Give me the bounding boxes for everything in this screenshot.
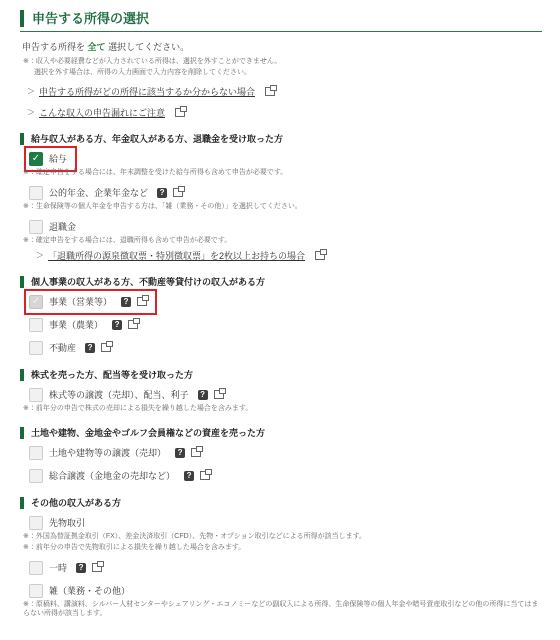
checkbox-row-fudosan: 不動産 ? [29,340,542,355]
intro-note-1: ※：収入や必要経費などが入力されている所得は、選択を外すことができません。 [23,57,542,66]
external-link-icon[interactable] [173,188,183,197]
link-row-which-income: ＞ 申告する所得がどの所得に該当するか分からない場合 [27,85,542,98]
checkbox-label: 給与 [49,152,67,165]
chevron-right-icon: ＞ [36,250,44,261]
section-heading-other: その他の収入がある方 [20,497,542,509]
external-link-icon[interactable] [137,297,147,306]
checkbox-row-tochi-tatemono: 土地や建物等の譲渡（売却） ? [29,445,542,460]
note-sakimono-2: ※：前年分の申告で先物取引による損失を繰り越した場合を含みます。 [23,543,542,552]
checkbox-label: 不動産 [49,341,76,354]
checkbox-label: 土地や建物等の譲渡（売却） [49,446,166,459]
checkbox-taishokukin[interactable] [29,220,43,234]
external-link-icon [315,251,325,260]
checkbox-nenkin[interactable] [29,186,43,200]
checkbox-jigyo-eigyo[interactable] [29,295,43,309]
checkbox-label: 先物取引 [49,516,85,529]
external-link-icon[interactable] [191,448,201,457]
checkbox-row-kyuyo: 給与 [29,151,542,166]
checkbox-row-sogo-joto: 総合譲渡（金地金の売却など） ? [29,468,542,483]
checkbox-label: 雑（業務・その他） [49,584,130,597]
checkbox-row-sakimono: 先物取引 [29,515,542,530]
section-heading-stock: 株式を売った方、配当等を受け取った方 [20,369,542,381]
external-link-icon[interactable] [214,390,224,399]
checkbox-sogo-joto[interactable] [29,469,43,483]
external-link-icon[interactable] [128,320,138,329]
checkbox-label: 退職金 [49,220,76,233]
section-heading-land: 土地や建物、金地金やゴルフ会員権などの資産を売った方 [20,427,542,439]
help-icon[interactable]: ? [76,563,86,573]
checkbox-tochi-tatemono[interactable] [29,446,43,460]
help-icon[interactable]: ? [198,390,208,400]
intro-emphasis: 全て [88,42,106,52]
checkbox-ichiji[interactable] [29,561,43,575]
page-title: 申告する所得の選択 [20,10,542,27]
checkbox-row-nenkin: 公的年金、企業年金など ? [29,185,542,200]
intro-note-2: 選択を外す場合は、所得の入力画面で入力内容を削除してください。 [34,68,542,77]
note-taishokukin: ※：確定申告をする場合には、退職所得も含めて申告が必要です。 [23,236,542,245]
external-link-icon[interactable] [200,471,210,480]
checkbox-label: 事業（営業等） [49,295,112,308]
highlight-box: 事業（営業等） ? [24,289,157,315]
checkbox-label: 公的年金、企業年金など [49,186,148,199]
note-zatsu: ※：原稿料、講演料、シルバー人材センターやシェアリング・エコノミーなどの副収入に… [23,600,542,618]
external-link-icon[interactable] [101,343,111,352]
external-link-icon [175,108,185,117]
link-row-missed-income: ＞ こんな収入の申告漏れにご注意 [27,106,542,119]
checkbox-label: 一時 [49,561,67,574]
link-missed-income[interactable]: こんな収入の申告漏れにご注意 [39,106,165,119]
checkbox-row-zatsu: 雑（業務・その他） [29,583,542,598]
help-icon[interactable]: ? [112,320,122,330]
section-heading-salary: 給与収入がある方、年金収入がある方、退職金を受け取った方 [20,133,542,145]
intro-pre: 申告する所得を [22,42,85,52]
intro-text: 申告する所得を 全て 選択してください。 [22,41,542,53]
section-heading-business: 個人事業の収入がある方、不動産等貸付けの収入がある方 [20,276,542,288]
checkbox-row-ichiji: 一時 ? [29,560,542,575]
checkbox-jigyo-nogyo[interactable] [29,318,43,332]
help-icon[interactable]: ? [85,343,95,353]
checkbox-label: 総合譲渡（金地金の売却など） [49,469,175,482]
checkbox-label: 株式等の譲渡（売却）、配当、利子 [49,388,189,401]
checkbox-fudosan[interactable] [29,341,43,355]
note-kabushiki: ※：前年分の申告で株式の売却による損失を繰り越した場合を含みます。 [23,404,542,413]
help-icon[interactable]: ? [184,471,194,481]
link-gensen[interactable]: 「退職所得の源泉徴収票・特別徴収票」を2枚以上お持ちの場合 [48,249,305,262]
help-icon[interactable]: ? [157,188,167,198]
title-divider [20,31,542,32]
chevron-right-icon: ＞ [27,86,35,97]
note-nenkin: ※：生命保険等の個人年金を申告する方は、「雑（業務・その他）」を選択してください… [23,202,542,211]
checkbox-row-jigyo-nogyo: 事業（農業） ? [29,317,542,332]
checkbox-row-taishokukin: 退職金 [29,219,542,234]
checkbox-row-jigyo-eigyo: 事業（営業等） ? [29,294,542,309]
checkbox-kyuyo[interactable] [29,152,43,166]
link-row-gensen: ＞ 「退職所得の源泉徴収票・特別徴収票」を2枚以上お持ちの場合 [36,249,542,262]
external-link-icon[interactable] [92,563,102,572]
link-which-income[interactable]: 申告する所得がどの所得に該当するか分からない場合 [39,85,255,98]
intro-post: 選択してください。 [108,42,189,52]
help-icon[interactable]: ? [121,297,131,307]
checkbox-kabushiki[interactable] [29,388,43,402]
main-content: 申告する所得の選択 申告する所得を 全て 選択してください。 ※：収入や必要経費… [0,0,560,618]
help-icon[interactable]: ? [175,448,185,458]
chevron-right-icon: ＞ [27,107,35,118]
checkbox-label: 事業（農業） [49,318,103,331]
checkbox-row-kabushiki: 株式等の譲渡（売却）、配当、利子 ? [29,387,542,402]
note-sakimono-1: ※：外国為替証拠金取引（FX）、差金決済取引（CFD）、先物・オプション取引など… [23,532,542,541]
checkbox-sakimono[interactable] [29,516,43,530]
external-link-icon [265,87,275,96]
checkbox-zatsu[interactable] [29,584,43,598]
note-kyuyo: ※：確定申告をする場合には、年末調整を受けた給与所得も含めて申告が必要です。 [23,168,542,177]
